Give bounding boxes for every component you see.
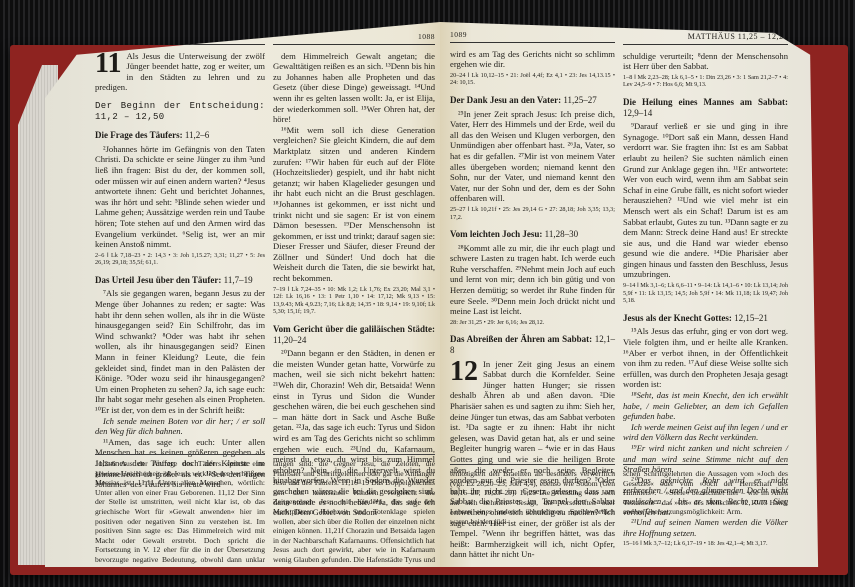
verse-text: ²Johannes hörte im Gefängnis von den Tat… bbox=[95, 144, 265, 250]
verse-text: ¹⁵Als Jesus das erfuhr, ging er von dort… bbox=[623, 326, 788, 390]
cross-references: 1–8 ‖ Mk 2,23–28; Lk 6,1–5 • 1: Dtn 23,2… bbox=[623, 74, 788, 89]
page-number: 1088 bbox=[418, 32, 435, 43]
scripture-quote: ²¹Und auf seinen Namen werden die Völker… bbox=[623, 517, 788, 538]
pericope-heading: Das Abreißen der Ähren am Sabbat: 12,1–8 bbox=[450, 334, 615, 355]
left-col-1: MATTHÄUS 11,1–24 11 Als Jesus die Unterw… bbox=[95, 32, 265, 490]
section-title: Der Beginn der Entscheidung: 11,2 – 12,5… bbox=[95, 101, 265, 122]
verse-text: ¹⁶Mit wem soll ich diese Generation verg… bbox=[273, 125, 435, 284]
verse-text: ²⁸Kommt alle zu mir, die ihr euch plagt … bbox=[450, 243, 615, 317]
scripture-quote: Ich werde meinen Geist auf ihn legen / u… bbox=[623, 422, 788, 443]
scripture-quote: ¹⁸Seht, das ist mein Knecht, den ich erw… bbox=[623, 390, 788, 422]
footnotes: schen Schriftgelehrten die Aussagen vom … bbox=[623, 464, 788, 517]
pericope-heading: Der Dank Jesu an den Vater: 11,25–27 bbox=[450, 95, 615, 106]
cross-references: 2–6 ‖ Lk 7,18–23 • 2: 14,3 • 3: Joh 1,15… bbox=[95, 252, 265, 267]
pericope-heading: Die Heilung eines Mannes am Sabbat: 12,9… bbox=[623, 97, 788, 118]
footnotes: 11,2–6 Aus der Anfrage des Täufers spric… bbox=[95, 454, 265, 567]
cross-references: 9–14 ‖ Mk 3,1–6; Lk 6,6–11 • 9–14: Lk 14… bbox=[623, 282, 788, 305]
right-page: 1089 wird es am Tag des Gerichts nicht s… bbox=[440, 22, 838, 567]
verse-text: schuldige verurteilt; ⁸denn der Menschen… bbox=[623, 51, 788, 72]
verse-text: ²⁵In jener Zeit sprach Jesus: Ich preise… bbox=[450, 109, 615, 204]
cross-references: 7–19 ‖ Lk 7,24–35 • 10: Mk 1,2; Lk 1,76;… bbox=[273, 286, 435, 316]
page-number: 1089 bbox=[450, 30, 467, 41]
verse-text: ⁷Als sie gegangen waren, begann Jesus zu… bbox=[95, 288, 265, 415]
cross-references: 25–27 ‖ Lk 10,21f • 25: Jes 29,14 G • 27… bbox=[450, 206, 615, 221]
pericope-heading: Jesus als der Knecht Gottes: 12,15–21 bbox=[623, 313, 788, 324]
verse-text: dem Himmelreich Gewalt angetan; die Gewa… bbox=[273, 51, 435, 125]
cross-references: 20–24 ‖ Lk 10,12–15 • 21: Joël 4,4f; Ez … bbox=[450, 72, 615, 87]
left-page: MATTHÄUS 11,1–24 11 Als Jesus die Unterw… bbox=[45, 22, 440, 567]
running-head: MATTHÄUS 11,25 – 12,21 bbox=[688, 32, 788, 43]
pericope-heading: Vom Gericht über die galiläischen Städte… bbox=[273, 324, 435, 345]
left-col-2: 1088 dem Himmelreich Gewalt angetan; die… bbox=[273, 32, 435, 518]
running-head: MATTHÄUS 11,1–24 bbox=[95, 32, 174, 43]
chapter-number: 12 bbox=[450, 360, 478, 384]
pericope-heading: Vom leichten Joch Jesu: 11,28–30 bbox=[450, 229, 615, 240]
cross-references: 15–16 ‖ Mk 3,7–12; Lk 6,17–19 • 18: Jes … bbox=[623, 540, 788, 548]
verse-text: In jener Zeit ging Jesus an einem Sabbat… bbox=[450, 359, 615, 560]
pericope-heading: Die Frage des Täufers: 11,2–6 bbox=[95, 130, 265, 141]
footnotes: tätigen sind: die Gegner Jesu, die Zelot… bbox=[273, 454, 435, 567]
pericope-heading: Das Urteil Jesu über den Täufer: 11,7–19 bbox=[95, 275, 265, 286]
footnotes: tenlosigkeit den Israeliten als besonder… bbox=[450, 464, 615, 527]
scripture-quote: Ich sende meinen Boten vor dir her; / er… bbox=[95, 416, 265, 437]
chapter-number: 11 bbox=[95, 52, 121, 76]
verse-text: ⁹Darauf verließ er sie und ging in ihre … bbox=[623, 121, 788, 280]
verse-text: wird es am Tag des Gerichts nicht so sch… bbox=[450, 49, 615, 70]
cross-references: 28: Jer 31,25 • 29: Jer 6,16; Jes 28,12. bbox=[450, 319, 615, 327]
